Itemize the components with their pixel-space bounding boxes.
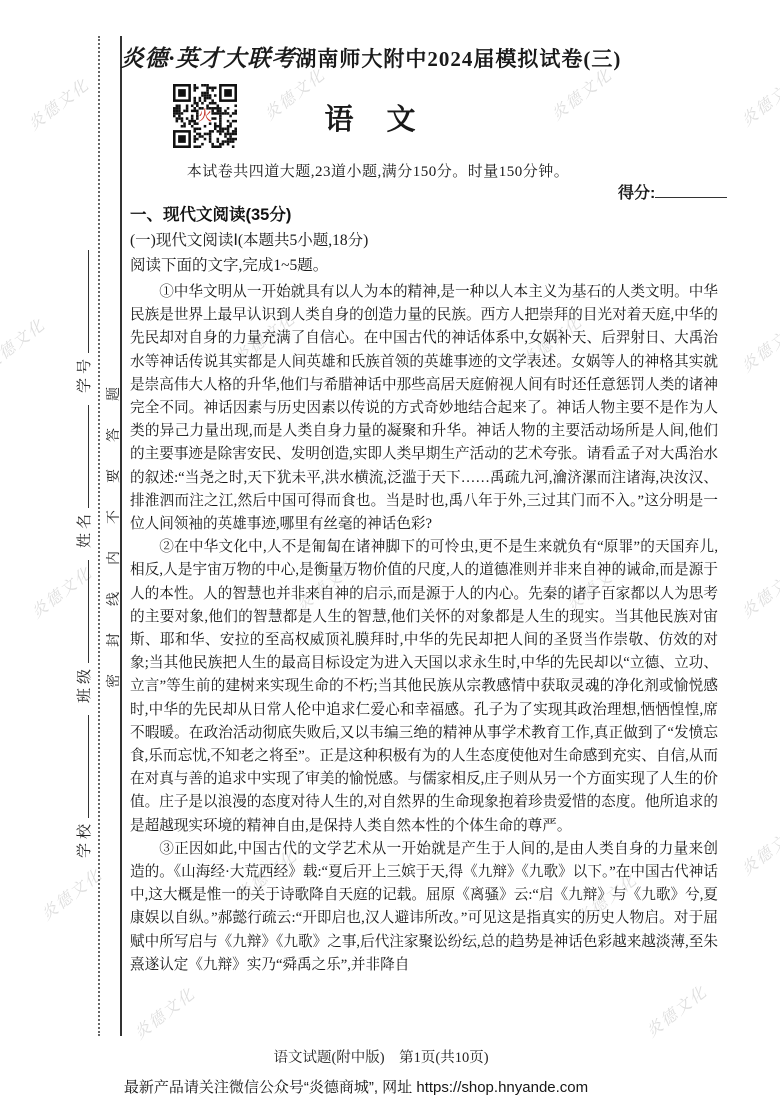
passage-paragraph-1: ①中华文明从一开始就具有以人为本的精神,是一种以人本主义为基石的人类文明。中华民… (130, 281, 718, 536)
student-info-fields: 学校 班级 姓名 学号 (72, 208, 94, 858)
page-title-brand: 炎德·英才大联考 (121, 46, 296, 71)
field-name: 姓名 (73, 405, 94, 548)
field-class: 班级 (73, 560, 94, 703)
field-school-blank (76, 715, 89, 818)
watermark-text: 炎德文化 (736, 68, 780, 130)
score-line: 得分: (618, 180, 727, 203)
reading-passage: ①中华文明从一开始就具有以人为本的精神,是一种以人本主义为基石的人类文明。中华民… (130, 281, 718, 977)
reading-instruction: 阅读下面的文字,完成1~5题。 (130, 253, 718, 278)
seal-notice-text: 密封线内不要答题 (103, 368, 123, 688)
exam-info: 本试卷共四道大题,23道小题,满分150分。时量150分钟。 (0, 160, 756, 181)
watermark-text: 炎德文化 (0, 312, 49, 374)
field-student-number-blank (76, 250, 89, 353)
watermark-text: 炎德文化 (736, 314, 780, 376)
field-school: 学校 (73, 715, 94, 858)
watermark-text: 炎德文化 (736, 560, 780, 622)
footer-promo: 最新产品请关注微信公众号“炎德商城”, 网址 https://shop.hnya… (0, 1076, 712, 1097)
field-school-label: 学校 (77, 820, 93, 858)
seal-dotted-line (98, 36, 100, 1036)
subsection-heading: (一)现代文阅读Ⅰ(本题共5小题,18分) (130, 228, 718, 253)
section-heading: 一、现代文阅读(35分) (130, 203, 718, 228)
watermark-text: 炎德文化 (641, 979, 712, 1041)
score-blank (655, 184, 727, 198)
field-student-number: 学号 (73, 250, 94, 393)
field-name-label: 姓名 (77, 510, 93, 548)
main-content: 一、现代文阅读(35分) (一)现代文阅读Ⅰ(本题共5小题,18分) 阅读下面的… (130, 203, 718, 977)
footer-page-info: 语文试题(附中版) 第1页(共10页) (0, 1046, 762, 1067)
watermark-text: 炎德文化 (736, 817, 780, 879)
page-title-rest: 湖南师大附中2024届模拟试卷(三) (295, 47, 621, 71)
watermark-text: 炎德文化 (129, 981, 200, 1043)
subject-title: 语 文 (0, 97, 742, 138)
passage-paragraph-2: ②在中华文化中,人不是匍匐在诸神脚下的可怜虫,更不是生来就负有“原罪”的天国弃儿… (130, 536, 718, 838)
field-student-number-label: 学号 (77, 355, 93, 393)
score-label: 得分: (618, 185, 655, 202)
field-class-blank (76, 560, 89, 663)
watermark-text: 炎德文化 (36, 862, 107, 924)
exam-paper-page: 炎德文化 炎德文化 炎德文化 炎德文化 炎德文化 炎德文化 炎德文化 炎德文化 … (0, 0, 780, 1104)
page-title: 炎德·英才大联考湖南师大附中2024届模拟试卷(三) (0, 40, 742, 73)
passage-paragraph-3: ③正因如此,中国古代的文学艺术从一开始就是产生于人间的,是由人类自身的力量来创造… (130, 838, 718, 977)
field-name-blank (76, 405, 89, 508)
field-class-label: 班级 (77, 665, 93, 703)
